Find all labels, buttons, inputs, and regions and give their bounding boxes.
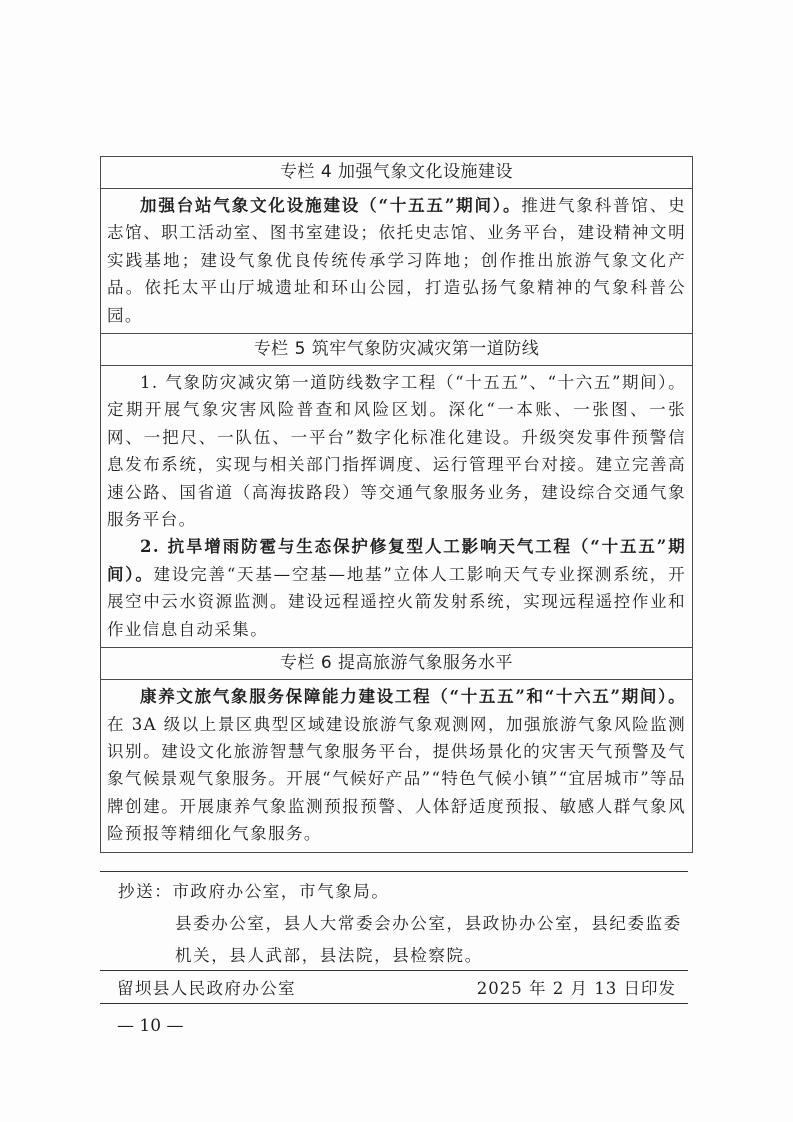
paragraph-text: 在 3A 级以上景区典型区域建设旅游气象观测网，加强旅游气象风险监测识别。建设文… <box>107 715 686 844</box>
cc-label: 抄送： <box>118 882 172 901</box>
section-6-title: 专栏 6 提高旅游气象服务水平 <box>101 648 692 680</box>
section-5-title: 专栏 5 筑牢气象防灾减灾第一道防线 <box>101 334 692 366</box>
cc-recipients-2: 县委办公室，县人大常委会办公室，县政协办公室，县纪委监委 <box>118 908 682 940</box>
cc-block: 抄送：市政府办公室，市气象局。 县委办公室，县人大常委会办公室，县政协办公室，县… <box>118 876 682 972</box>
cc-recipients-1: 市政府办公室，市气象局。 <box>172 882 389 901</box>
paragraph-text: 1. 气象防灾减灾第一道防线数字工程（“十五五”、“十六五”期间）。定期开展气象… <box>107 373 686 529</box>
section-4-title: 专栏 4 加强气象文化设施建设 <box>101 157 692 189</box>
section-5-paragraph-2: 2. 抗旱增雨防雹与生态保护修复型人工影响天气工程（“十五五”期间）。建设完善“… <box>107 533 686 643</box>
section-5-paragraph-1: 1. 气象防灾减灾第一道防线数字工程（“十五五”、“十六五”期间）。定期开展气象… <box>107 369 686 533</box>
cc-recipients-3: 机关，县人武部，县法院，县检察院。 <box>118 940 682 972</box>
paragraph-text: 推进气象科普馆、史志馆、职工活动室、图书室建设；依托史志馆、业务平台，建设精神文… <box>107 196 686 325</box>
section-6-paragraph-1: 康养文旅气象服务保障能力建设工程（“十五五”和“十六五”期间）。在 3A 级以上… <box>107 683 686 847</box>
section-5-body: 1. 气象防灾减灾第一道防线数字工程（“十五五”、“十六五”期间）。定期开展气象… <box>101 366 692 648</box>
paragraph-text: 建设完善“天基—空基—地基”立体人工影响天气专业探测系统，开展空中云水资源监测。… <box>107 565 686 639</box>
footer-middle-rule <box>100 970 688 971</box>
section-6-body: 康养文旅气象服务保障能力建设工程（“十五五”和“十六五”期间）。在 3A 级以上… <box>101 680 692 851</box>
section-4-body: 加强台站气象文化设施建设（“十五五”期间）。推进气象科普馆、史志馆、职工活动室、… <box>101 189 692 334</box>
footer-top-rule <box>100 871 688 872</box>
paragraph-heading: 康养文旅气象服务保障能力建设工程（“十五五”和“十六五”期间）。 <box>140 687 686 706</box>
special-columns-table: 专栏 4 加强气象文化设施建设 加强台站气象文化设施建设（“十五五”期间）。推进… <box>100 156 693 853</box>
issuing-office: 留坝县人民政府办公室 <box>117 975 296 999</box>
paragraph-heading: 加强台站气象文化设施建设（“十五五”期间）。 <box>140 196 521 215</box>
footer-bottom-rule <box>100 1003 688 1004</box>
cc-line-1: 抄送：市政府办公室，市气象局。 <box>118 876 682 908</box>
section-4-paragraph-1: 加强台站气象文化设施建设（“十五五”期间）。推进气象科普馆、史志馆、职工活动室、… <box>107 192 686 329</box>
page-number: — 10 — <box>117 1016 183 1036</box>
issue-date: 2025 年 2 月 13 日印发 <box>440 975 676 999</box>
